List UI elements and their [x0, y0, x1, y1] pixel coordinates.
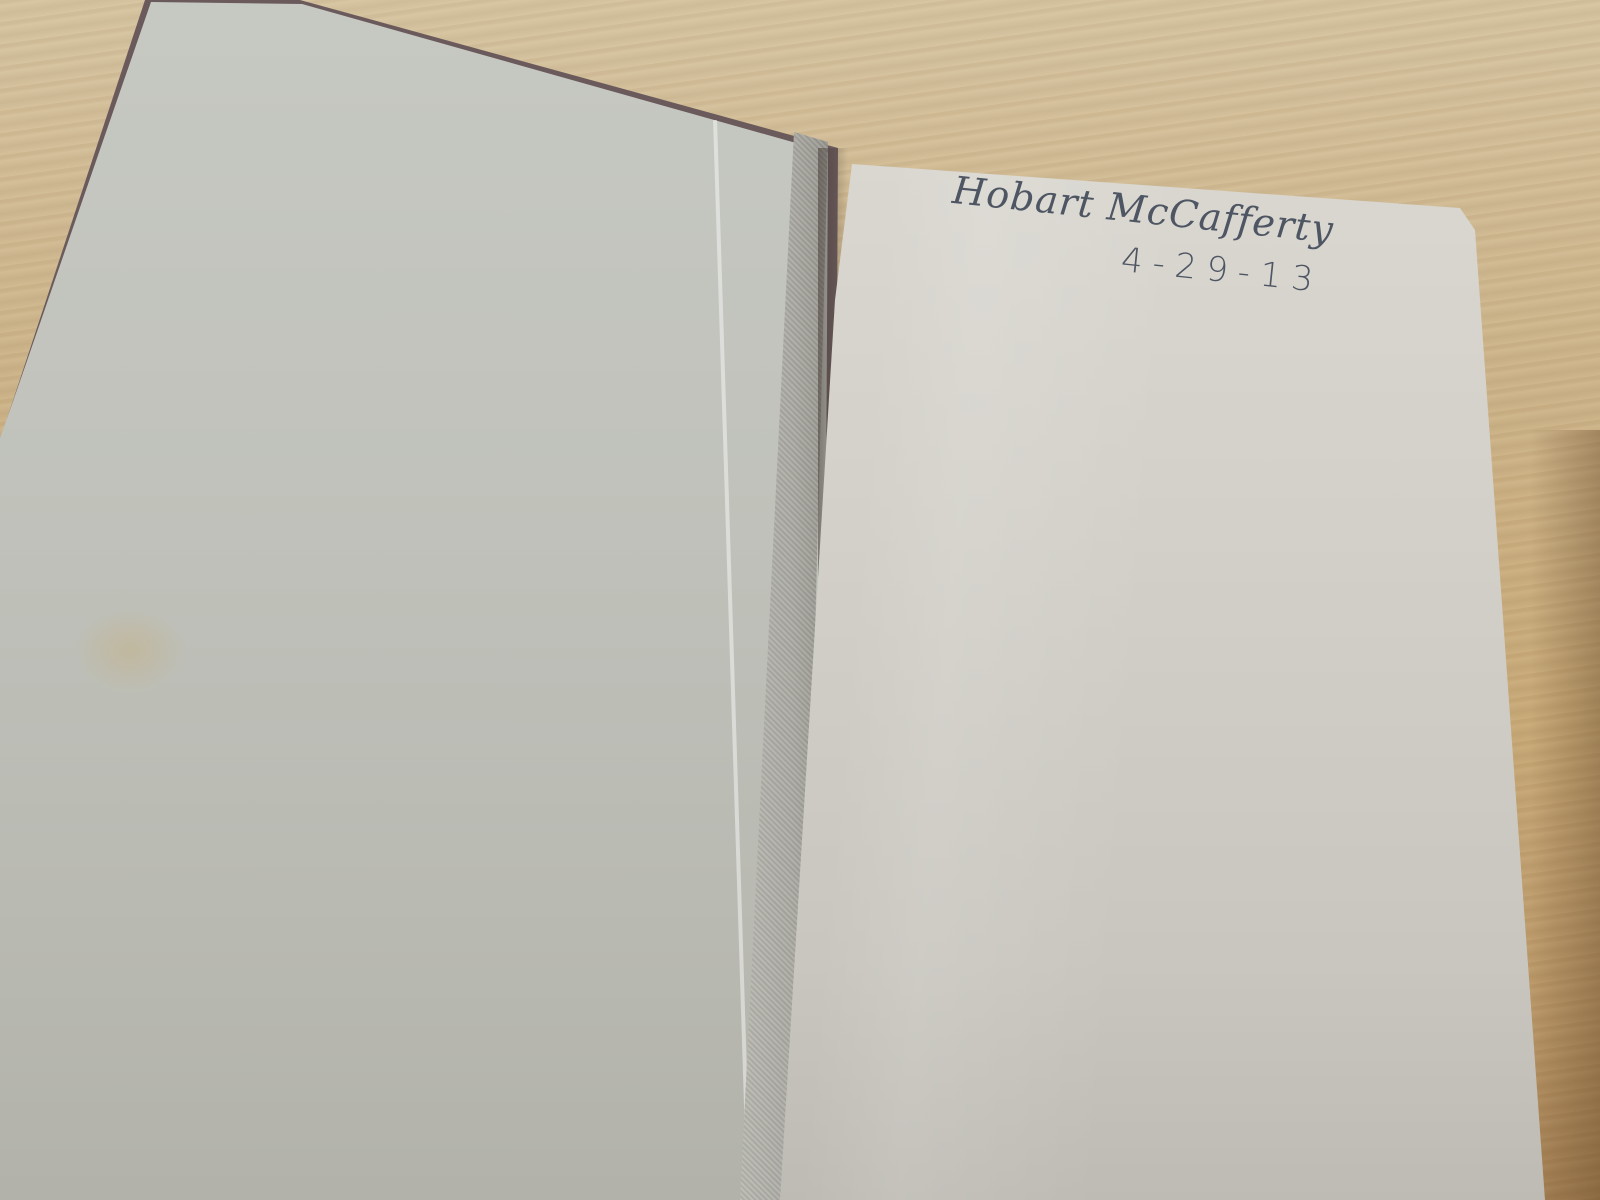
table-shadow — [1530, 430, 1600, 1200]
front-pastedown-endpaper — [0, 0, 850, 1200]
